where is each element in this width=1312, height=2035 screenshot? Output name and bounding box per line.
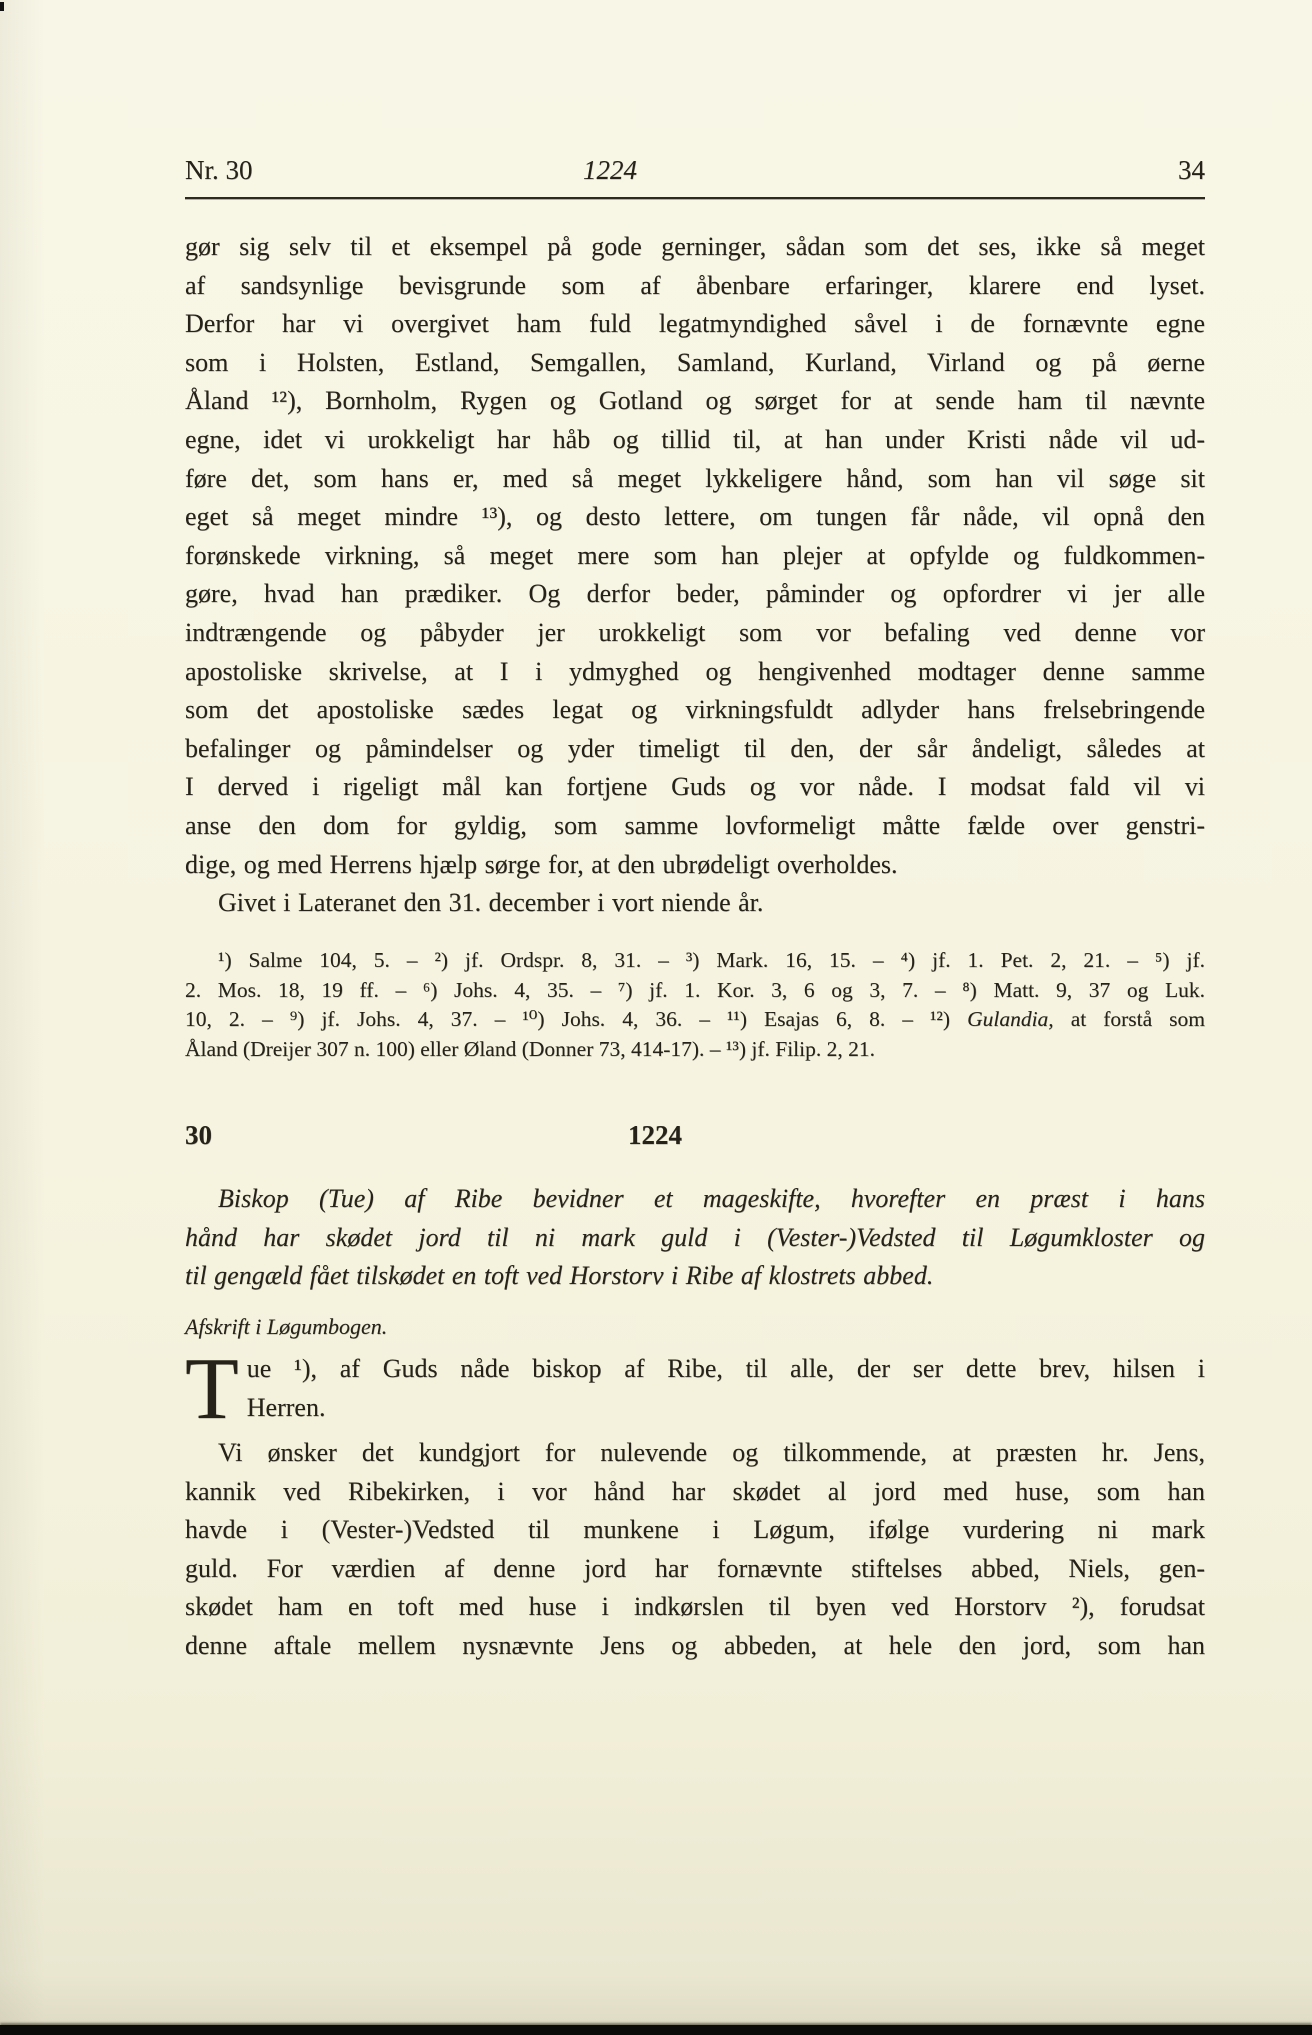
letter-body-lines: kannik ved Ribekirken, i vor hånd har sk… — [185, 1473, 1205, 1666]
footnote-text: at forstå som — [1071, 1007, 1205, 1031]
text-line: som i Holsten, Estland, Semgallen, Samla… — [185, 344, 1205, 383]
text-line: Åland ¹²), Bornholm, Rygen og Gotland og… — [185, 382, 1205, 421]
header-rule — [185, 197, 1205, 199]
text-line: kannik ved Ribekirken, i vor hånd har sk… — [185, 1473, 1205, 1512]
opening-last-line: Herren. — [185, 1389, 1205, 1428]
footnote-italic-term: Gulandia, — [967, 1007, 1054, 1031]
letter-opening: T ue ¹), af Guds nåde biskop af Ribe, ti… — [185, 1350, 1205, 1429]
text-line: eget så meget mindre ¹³), og desto lette… — [185, 498, 1205, 537]
text-line: denne aftale mellem nysnævnte Jens og ab… — [185, 1627, 1205, 1666]
text-line: guld. For værdien af denne jord har forn… — [185, 1550, 1205, 1589]
text-line: indtrængende og påbyder jer urokkeligt s… — [185, 614, 1205, 653]
drop-cap-initial: T — [185, 1350, 247, 1429]
letter-body-first-line: Vi ønsker det kundgjort for nulevende og… — [185, 1434, 1205, 1473]
footnote-line: 2. Mos. 18, 19 ff. – ⁶) Johs. 4, 35. – ⁷… — [185, 976, 1205, 1006]
letter-dateline: Givet i Lateranet den 31. december i vor… — [185, 884, 1205, 923]
page-number: 34 — [1178, 155, 1205, 186]
letter-last-line: dige, og med Herrens hjælp sørge for, at… — [185, 846, 1205, 885]
footnote-line: Åland (Dreijer 307 n. 100) eller Øland (… — [185, 1035, 1205, 1065]
text-line: som det apostoliske sædes legat og virkn… — [185, 691, 1205, 730]
text-line: af sandsynlige bevisgrunde som af åbenba… — [185, 267, 1205, 306]
text-line: forønskede virkning, så meget mere som h… — [185, 537, 1205, 576]
letter-justified-lines: gør sig selv til et eksempel på gode ger… — [185, 228, 1205, 846]
letter-body-continuation: gør sig selv til et eksempel på gode ger… — [185, 228, 1205, 923]
text-line: I derved i rigeligt mål kan fortjene Gud… — [185, 768, 1205, 807]
entry-number: 30 — [185, 1120, 212, 1151]
text-line: egne, idet vi urokkeligt har håb og till… — [185, 421, 1205, 460]
text-line: anse den dom for gyldig, som samme lovfo… — [185, 807, 1205, 846]
entry-number-running: Nr. 30 — [185, 155, 253, 186]
header-year: 1224 — [185, 155, 1035, 186]
entry-heading: 30 1224 — [185, 1120, 1205, 1160]
letter-body: Vi ønsker det kundgjort for nulevende og… — [185, 1434, 1205, 1666]
footnotes-block: ¹) Salme 104, 5. – ²) jf. Ordspr. 8, 31.… — [185, 946, 1205, 1064]
page-header: Nr. 30 1224 34 — [185, 155, 1205, 195]
text-line: befalinger og påmindelser og yder timeli… — [185, 730, 1205, 769]
summary-line: til gengæld fået tilskødet en toft ved H… — [185, 1257, 1205, 1296]
scanned-book-page: Nr. 30 1224 34 gør sig selv til et eksem… — [0, 0, 1312, 2035]
scan-corner-mark — [0, 2, 4, 11]
entry-summary: Biskop (Tue) af Ribe bevidner et mageski… — [185, 1180, 1205, 1296]
text-line: gør sig selv til et eksempel på gode ger… — [185, 228, 1205, 267]
source-note: Afskrift i Løgumbogen. — [185, 1312, 1205, 1342]
text-line: apostoliske skrivelse, at I i ydmyghed o… — [185, 653, 1205, 692]
footnote-line: 10, 2. – ⁹) jf. Johs. 4, 37. – ¹⁰) Johs.… — [185, 1005, 1205, 1035]
text-line: havde i (Vester-)Vedsted til munkene i L… — [185, 1511, 1205, 1550]
text-line: Derfor har vi overgivet ham fuld legatmy… — [185, 305, 1205, 344]
scan-bottom-edge — [0, 2025, 1312, 2035]
text-line: føre det, som hans er, med så meget lykk… — [185, 460, 1205, 499]
opening-line: ue ¹), af Guds nåde biskop af Ribe, til … — [185, 1350, 1205, 1389]
entry-year: 1224 — [185, 1120, 1125, 1151]
summary-line: Biskop (Tue) af Ribe bevidner et mageski… — [185, 1180, 1205, 1219]
text-line: skødet ham en toft med huse i indkørslen… — [185, 1588, 1205, 1627]
footnote-text: 10, 2. – ⁹) jf. Johs. 4, 37. – ¹⁰) Johs.… — [185, 1007, 950, 1031]
summary-line: hånd har skødet jord til ni mark guld i … — [185, 1219, 1205, 1258]
footnote-line: ¹) Salme 104, 5. – ²) jf. Ordspr. 8, 31.… — [185, 946, 1205, 976]
text-line: gøre, hvad han prædiker. Og derfor beder… — [185, 575, 1205, 614]
